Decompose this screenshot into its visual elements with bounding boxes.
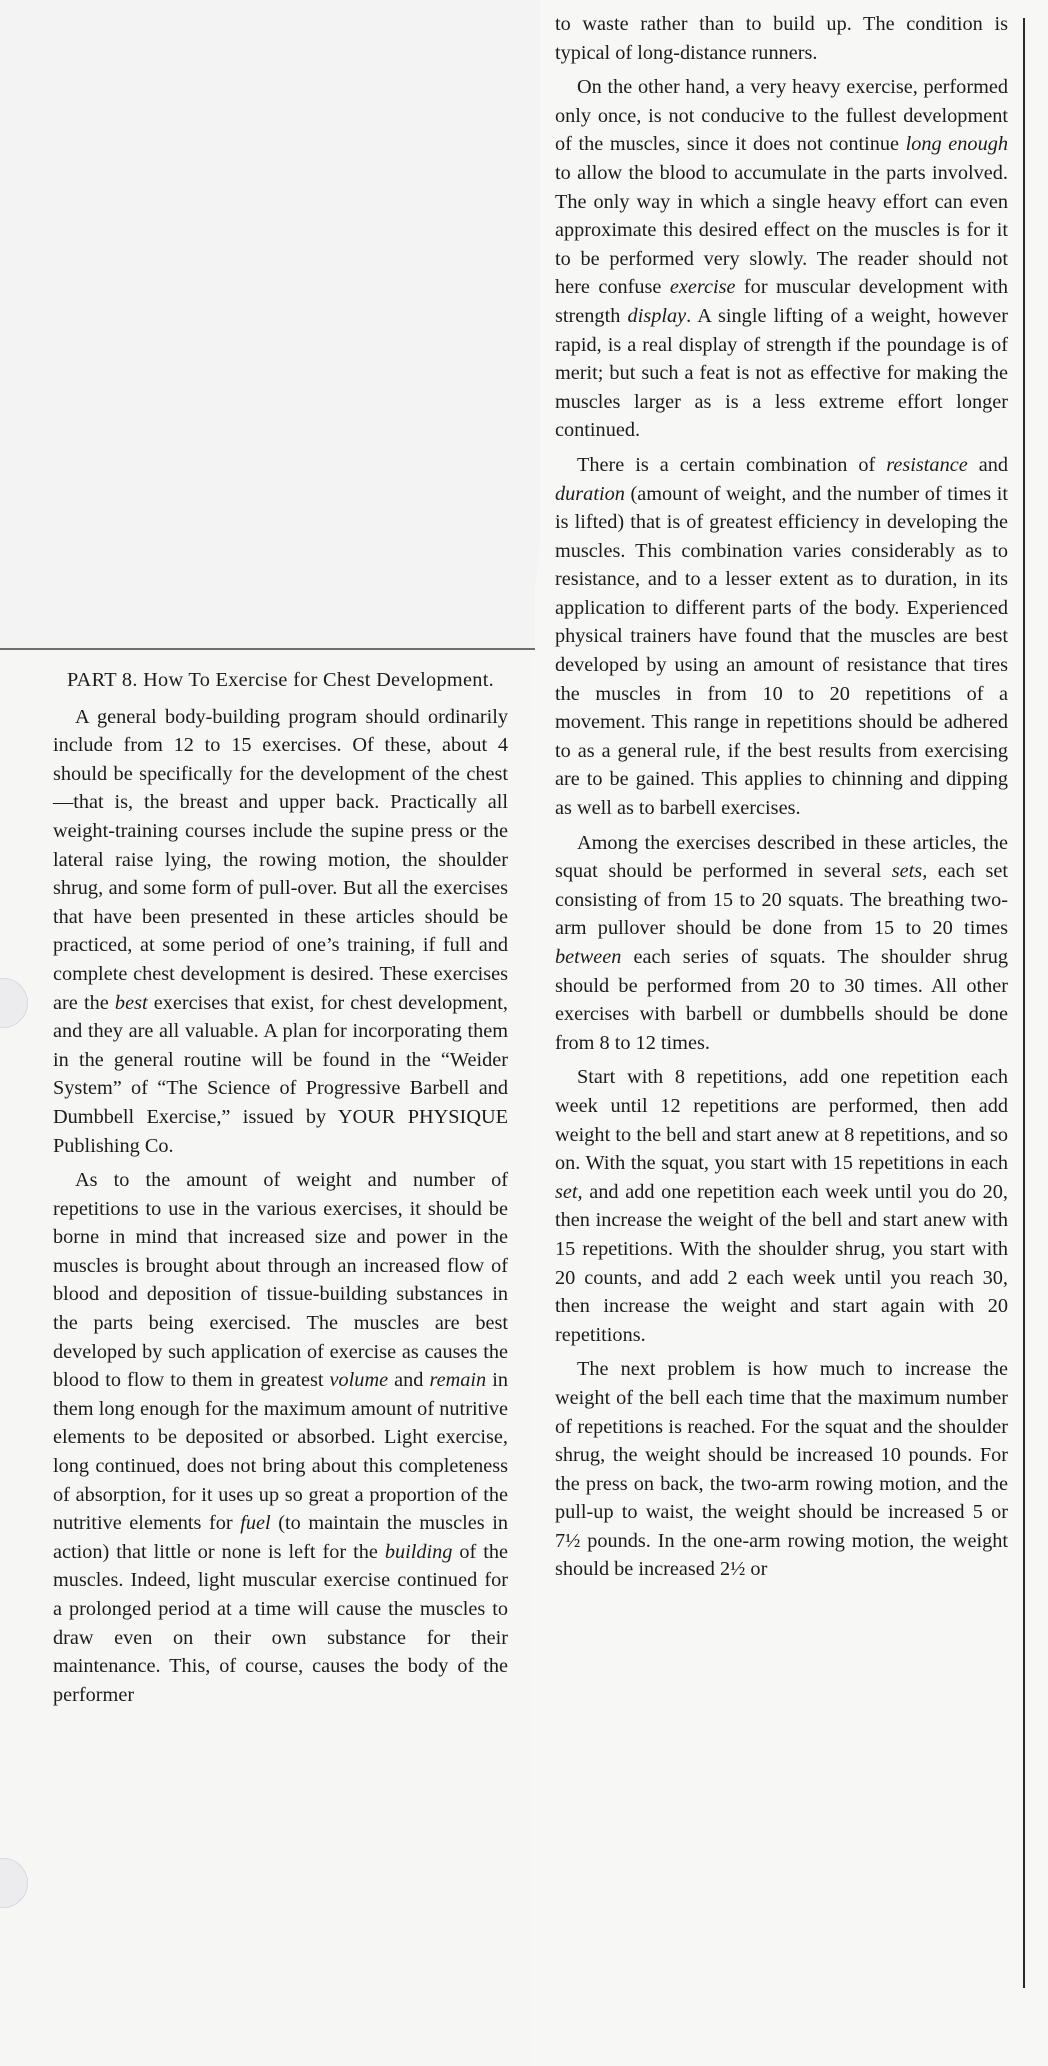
emphasis-text: exercise bbox=[670, 276, 736, 298]
paragraph: Among the exercises described in these a… bbox=[555, 829, 1008, 1058]
emphasis-text: best bbox=[115, 992, 148, 1014]
blank-page-region bbox=[0, 0, 535, 650]
body-text: and bbox=[968, 454, 1008, 476]
section-heading: PART 8. How To Exercise for Chest Develo… bbox=[53, 666, 508, 695]
right-paragraphs: to waste rather than to build up. The co… bbox=[555, 10, 1008, 1584]
emphasis-text: display bbox=[628, 305, 687, 327]
emphasis-text: building bbox=[385, 1541, 453, 1563]
body-text: A general body-building program should o… bbox=[53, 706, 508, 1014]
column-rule bbox=[1023, 18, 1025, 1988]
body-text: exercises that exist, for chest developm… bbox=[53, 992, 508, 1157]
body-text: and bbox=[388, 1369, 429, 1391]
paragraph: Start with 8 repetitions, add one repeti… bbox=[555, 1063, 1008, 1349]
body-text: and add one repetition each week until y… bbox=[555, 1181, 1008, 1346]
body-text: Start with 8 repetitions, add one repeti… bbox=[555, 1066, 1008, 1174]
emphasis-text: remain bbox=[429, 1369, 486, 1391]
emphasis-text: between bbox=[555, 946, 621, 968]
emphasis-text: long enough bbox=[906, 133, 1008, 155]
paragraph: A general body-building program should o… bbox=[53, 703, 508, 1161]
emphasis-text: duration bbox=[555, 483, 625, 505]
body-text: (amount of weight, and the number of tim… bbox=[555, 483, 1008, 820]
blank-page-curl bbox=[500, 0, 540, 648]
left-column: PART 8. How To Exercise for Chest Develo… bbox=[53, 666, 508, 1715]
emphasis-text: volume bbox=[330, 1369, 389, 1391]
emphasis-text: fuel bbox=[240, 1512, 270, 1534]
right-column: to waste rather than to build up. The co… bbox=[555, 10, 1008, 1590]
paragraph: As to the amount of weight and number of… bbox=[53, 1166, 508, 1709]
emphasis-text: set, bbox=[555, 1181, 583, 1203]
body-text: each series of squats. The shoulder shru… bbox=[555, 946, 1008, 1054]
body-text: The next problem is how much to increase… bbox=[555, 1358, 1008, 1580]
body-text: in them long enough for the maximum amou… bbox=[53, 1369, 508, 1534]
paragraph: There is a certain combination of resist… bbox=[555, 451, 1008, 823]
body-text: There is a certain combination of bbox=[577, 454, 886, 476]
body-text: of the muscles. Indeed, light muscular e… bbox=[53, 1541, 508, 1706]
body-text: As to the amount of weight and number of… bbox=[53, 1169, 508, 1391]
emphasis-text: resistance bbox=[886, 454, 967, 476]
body-text: to waste rather than to build up. The co… bbox=[555, 13, 1008, 64]
emphasis-text: sets, bbox=[892, 860, 928, 882]
left-paragraphs: A general body-building program should o… bbox=[53, 703, 508, 1710]
paragraph: to waste rather than to build up. The co… bbox=[555, 10, 1008, 67]
paragraph: The next problem is how much to increase… bbox=[555, 1355, 1008, 1584]
paragraph: On the other hand, a very heavy exercise… bbox=[555, 73, 1008, 445]
